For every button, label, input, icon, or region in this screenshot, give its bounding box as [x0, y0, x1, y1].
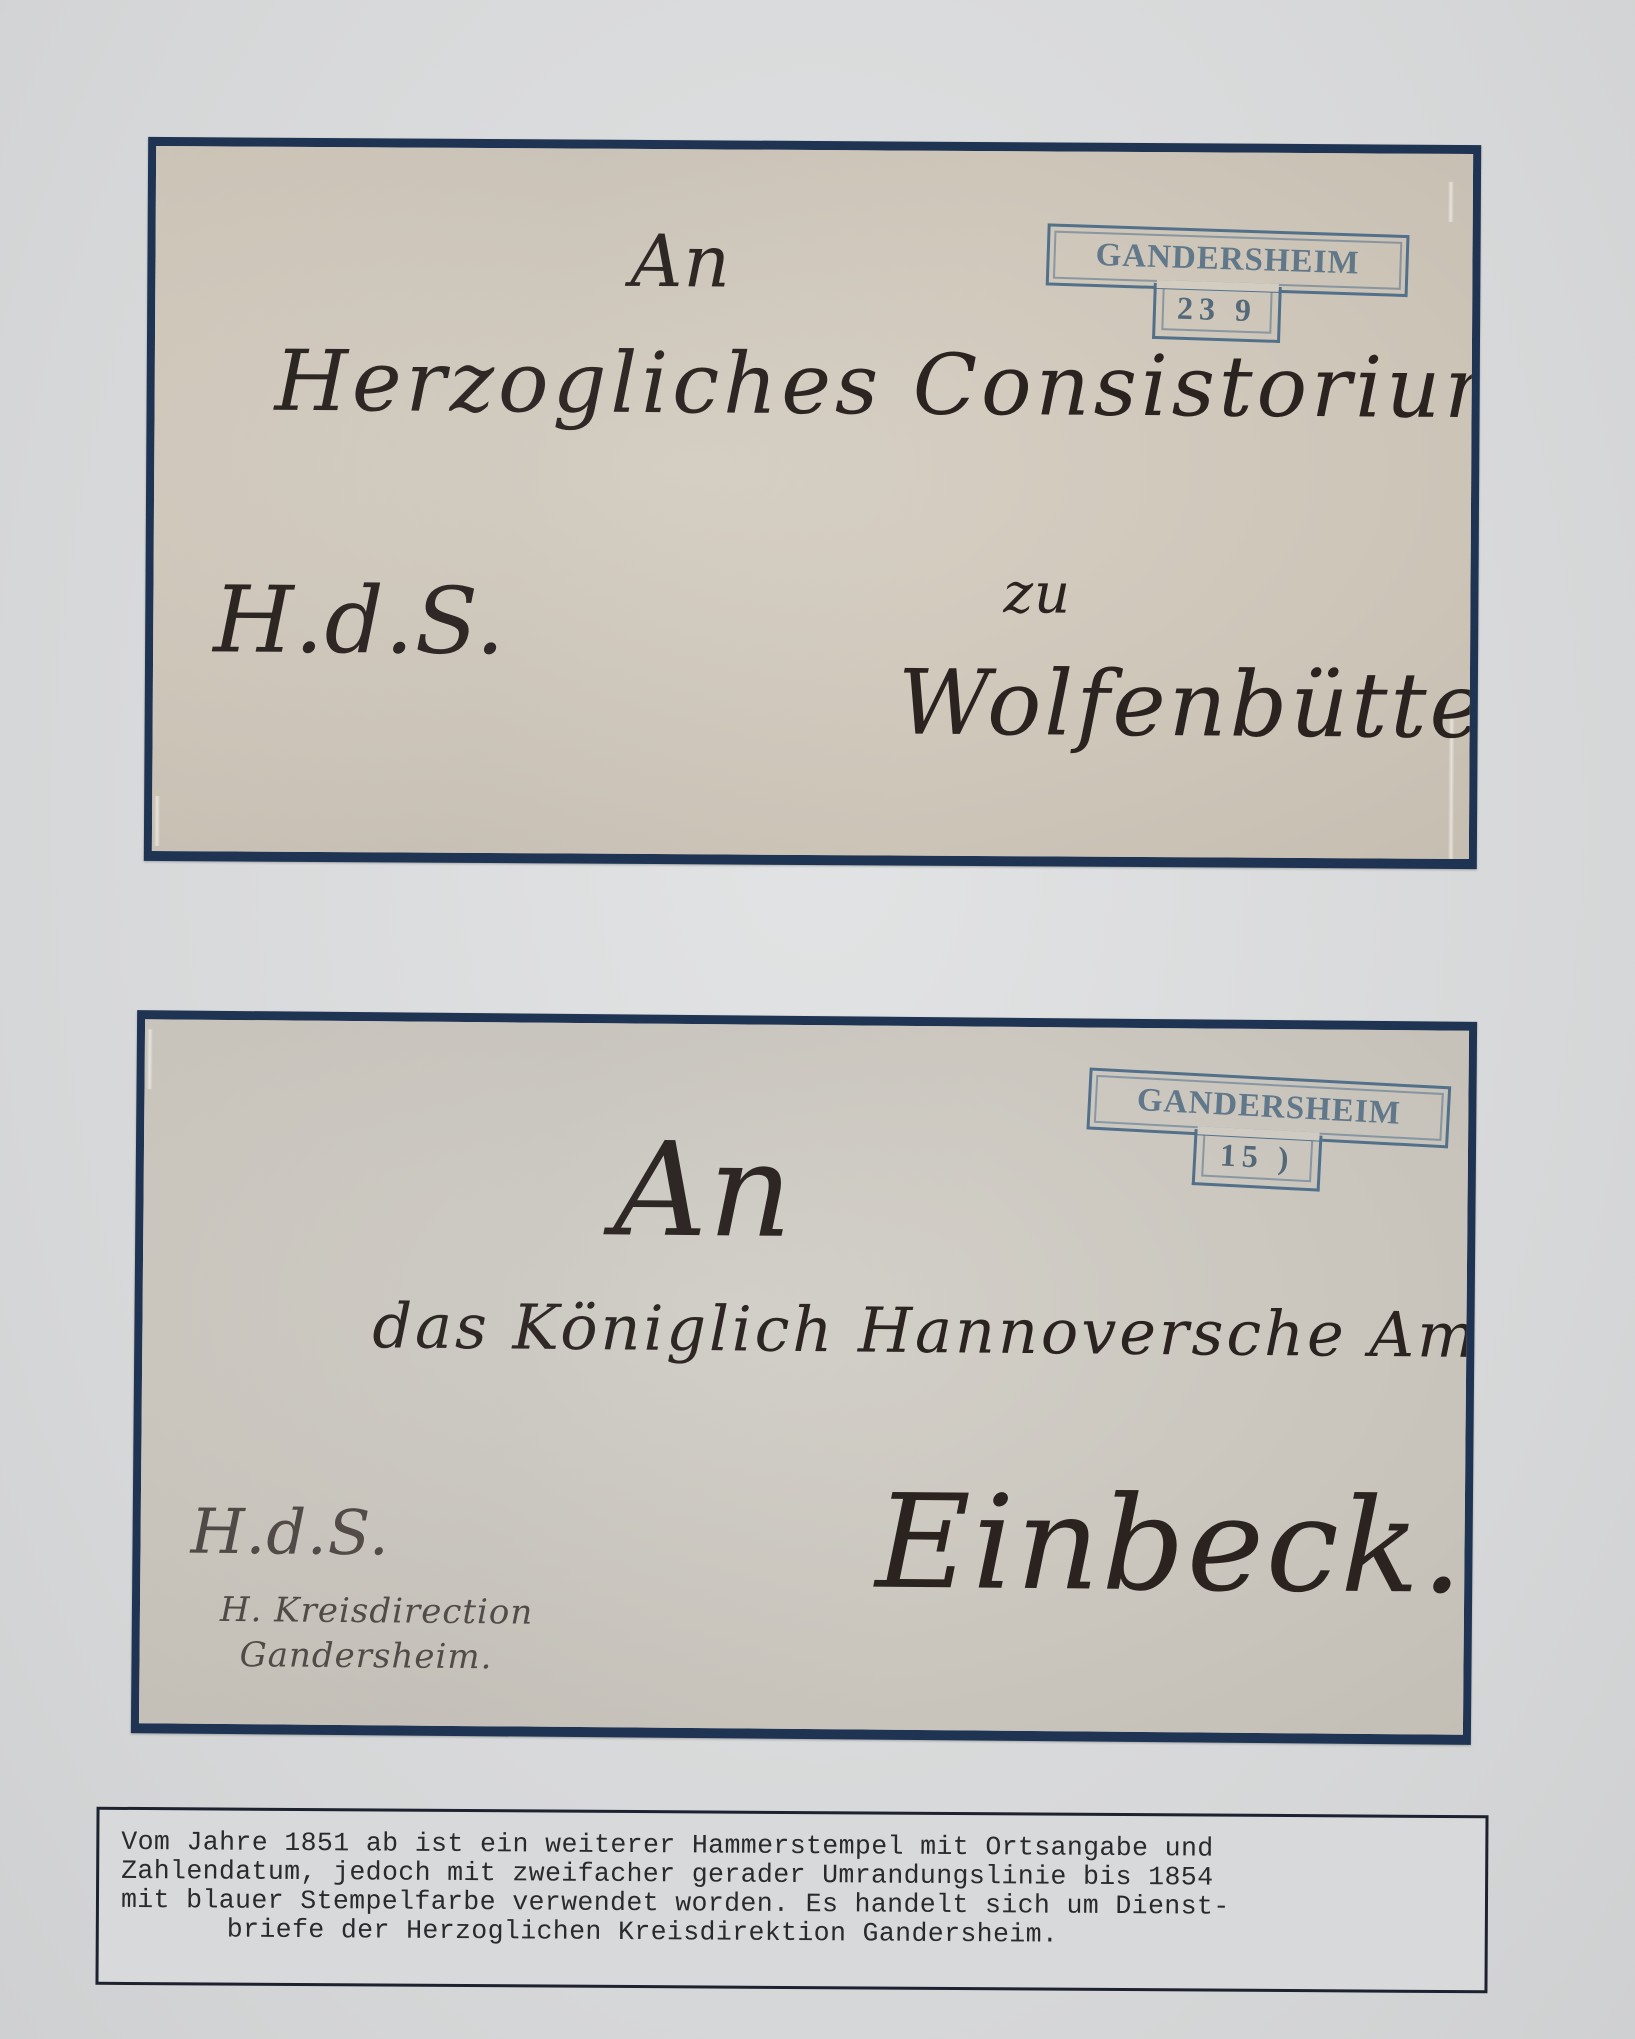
address-salutation: An — [613, 1113, 794, 1267]
address-destination: Wolfenbüttel — [897, 651, 1473, 760]
address-recipient: das Königlich Hannoversche Amt — [372, 1289, 1469, 1372]
cover-1-mount: GANDERSHEIM 23 9 An Herzogliches Consist… — [144, 137, 1481, 869]
cover-1-envelope: GANDERSHEIM 23 9 An Herzogliches Consist… — [152, 146, 1473, 859]
caption-box: Vom Jahre 1851 ab ist ein weiterer Hamme… — [95, 1807, 1488, 1993]
sender-mark: H.d.S. — [213, 566, 506, 675]
sender-office: H. Kreisdirection — [220, 1590, 534, 1633]
address-prefix: zu — [1003, 561, 1071, 626]
mount-glare — [1448, 182, 1454, 222]
mount-glare — [146, 1029, 153, 1089]
cover-2-mount: GANDERSHEIM 15 ) An das Königlich Hannov… — [131, 1010, 1477, 1745]
album-page: GANDERSHEIM 23 9 An Herzogliches Consist… — [0, 0, 1635, 2039]
sender-town: Gandersheim. — [239, 1635, 492, 1677]
address-salutation: An — [630, 219, 731, 304]
caption-text: Vom Jahre 1851 ab ist ein weiterer Hamme… — [121, 1828, 1464, 1952]
sender-mark: H.d.S. — [190, 1495, 390, 1570]
postmark-date: 23 9 — [1152, 289, 1281, 330]
address-destination: Einbeck. — [875, 1466, 1466, 1623]
cover-2-envelope: GANDERSHEIM 15 ) An das Königlich Hannov… — [139, 1019, 1469, 1735]
address-recipient: Herzogliches Consistorium — [274, 332, 1473, 438]
postmark-date: 15 ) — [1192, 1135, 1322, 1179]
mount-glare — [154, 796, 160, 846]
